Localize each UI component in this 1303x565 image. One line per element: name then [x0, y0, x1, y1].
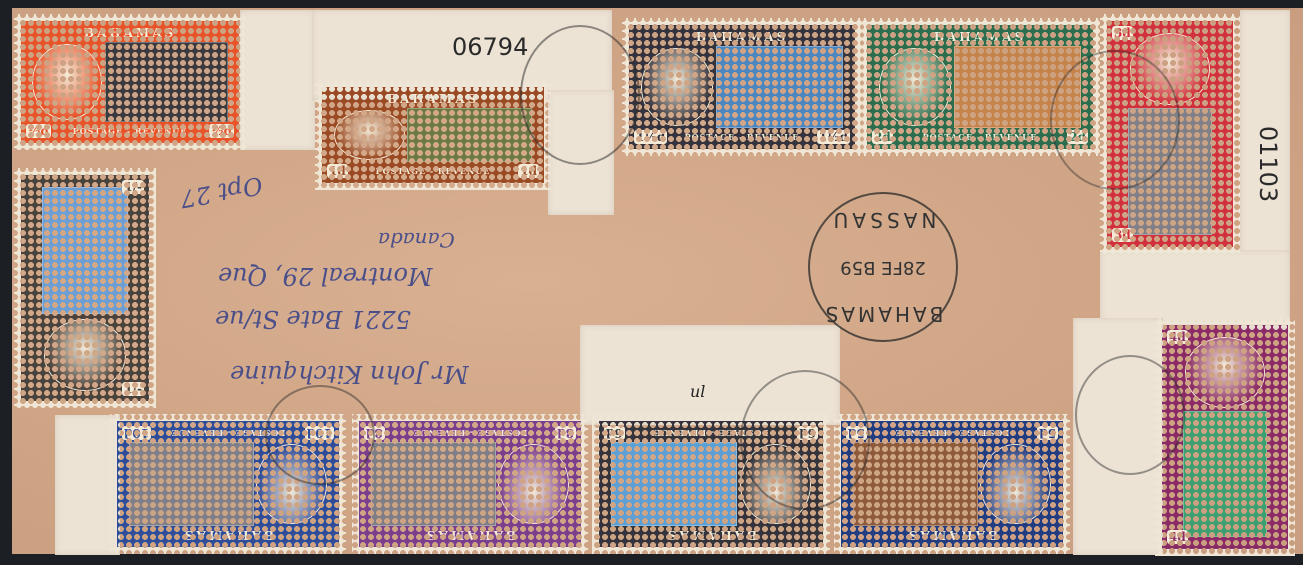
stamp-value: 5d: [1037, 426, 1058, 440]
sheet-number: 06794: [452, 33, 528, 61]
stamp-vignette: [42, 187, 128, 315]
stamp-value: 8d: [555, 426, 576, 440]
queen-portrait: [641, 48, 713, 126]
stamp-value: 1d: [518, 164, 539, 178]
queen-portrait: [1185, 337, 1265, 409]
stamp-vignette: [371, 442, 496, 526]
postmark: BAHAMAS 28FE B59 NASSAU: [808, 192, 958, 342]
stamp-eight-pence: BAHAMAS POSTAGE - REVENUE 8d 8d: [352, 414, 588, 554]
address-line: Canada: [378, 228, 455, 252]
stamp-vignette: [716, 46, 844, 128]
stamp-vignette: [129, 442, 254, 526]
queen-portrait: [334, 110, 405, 160]
stamp-vignette: [853, 442, 978, 526]
stamp-country: BAHAMAS: [120, 526, 336, 544]
stamp-value: 1d: [327, 164, 348, 178]
stamp-value: 3d: [1112, 26, 1133, 40]
stamp-value: ½d: [209, 124, 234, 138]
stamp-inscription: POSTAGE - REVENUE: [844, 424, 1060, 442]
stamp-country: BAHAMAS: [24, 24, 236, 42]
stamp-country: BAHAMAS: [362, 526, 578, 544]
stamp-value: ½d: [26, 124, 51, 138]
address-line: Montreal 29, Que: [218, 262, 433, 290]
address-line: 5221 Bate St/ue: [215, 305, 411, 333]
queen-portrait: [44, 319, 126, 391]
stamp-country: BAHAMAS: [632, 28, 852, 46]
stamp-inscription: POSTAGE - REVENUE: [325, 162, 541, 180]
stamp-inscription: POSTAGE - REVENUE: [362, 424, 578, 442]
postmark-date: 28FE B59: [810, 257, 956, 278]
postmark-town: NASSAU: [810, 208, 956, 232]
stamp-half-penny: BAHAMAS POSTAGE - REVENUE ½d ½d: [14, 14, 246, 150]
stamp-country: BAHAMAS: [870, 28, 1090, 46]
address-line: Mr John Kitchquine: [230, 360, 469, 388]
postmark-country: BAHAMAS: [810, 302, 956, 326]
stamp-value: 1/-: [122, 180, 144, 194]
stamp-one-half-penny: BAHAMAS POSTAGE - REVENUE 1½d 1½d: [622, 18, 862, 156]
stamp-one-shilling: 1/- 1/-: [14, 168, 156, 408]
postmark-partial: [520, 25, 640, 165]
queen-portrait: [980, 444, 1051, 524]
stamp-value: 4d: [1167, 530, 1188, 544]
postmark-partial: [1075, 355, 1185, 475]
stamp-country: BAHAMAS: [602, 526, 820, 544]
stamp-value: 4d: [1167, 330, 1188, 344]
stamp-country: BAHAMAS: [844, 526, 1060, 544]
sheet-selvage: [240, 10, 315, 150]
stamp-value: 3d: [1112, 228, 1133, 242]
postmark-partial: [740, 370, 870, 510]
stamp-value: 1½d: [634, 130, 667, 144]
postmark-partial: [1050, 50, 1180, 190]
postmark-partial: [265, 385, 375, 485]
stamp-value: 1/-: [122, 382, 144, 396]
stamp-value: 6d: [604, 426, 625, 440]
stamp-country: BAHAMAS: [325, 90, 541, 108]
sheet-selvage: [1100, 250, 1290, 325]
stamp-one-penny: BAHAMAS POSTAGE - REVENUE 1d 1d: [315, 80, 551, 190]
queen-portrait: [879, 48, 951, 126]
stamp-inscription: POSTAGE - REVENUE: [24, 122, 236, 140]
stamp-vignette: [105, 42, 228, 122]
stamp-vignette: [1183, 411, 1267, 537]
stamp-value: 2d: [872, 130, 893, 144]
queen-portrait: [32, 44, 102, 120]
stamp-value: 1½d: [817, 130, 850, 144]
margin-mark: ul: [690, 382, 705, 401]
stamp-value: 10d: [122, 426, 151, 440]
stamp-vignette: [407, 108, 532, 162]
queen-portrait: [498, 444, 569, 524]
sheet-number: 01103: [1254, 126, 1282, 202]
stamp-vignette: [611, 442, 737, 526]
